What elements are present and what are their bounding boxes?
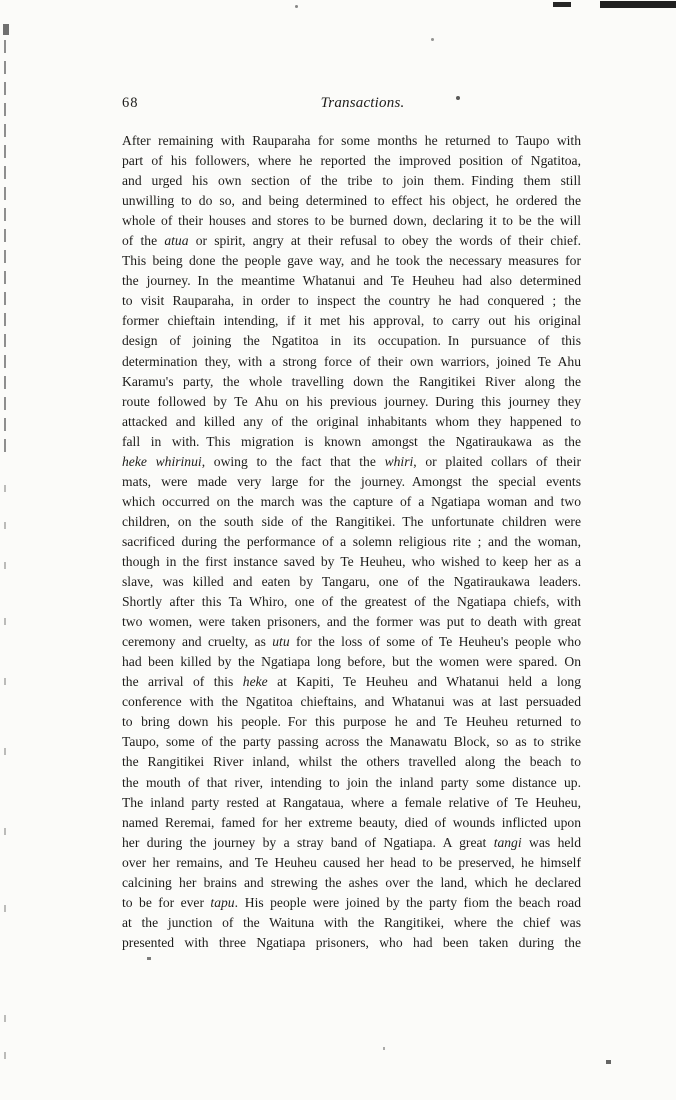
text-line: heke whirinui, owing to the fact that th… [122,452,581,472]
text-line: two women, were taken prisoners, and the… [122,612,581,632]
text-line: mats, were made very large for the journ… [122,472,581,492]
scan-gutter-tick [4,748,6,755]
text-line: children, on the south side of the Rangi… [122,512,581,532]
text-line: to be for ever tapu. His people were joi… [122,893,581,913]
text-line: Taupo, some of the party passing across … [122,732,581,752]
text-line: over her remains, and Te Heuheu caused h… [122,853,581,873]
scan-speck [456,96,460,100]
scan-gutter-line [4,40,6,460]
text-line: Shortly after this Ta Whiro, one of the … [122,592,581,612]
text-line: unwilling to do so, and being determined… [122,191,581,211]
scan-gutter-tick [4,828,6,835]
text-line: her during the journey by a stray band o… [122,833,581,853]
scan-gutter-tick [4,678,6,685]
running-title: Transactions. [122,95,581,112]
scan-speck [383,1047,385,1050]
text-line: had been killed by the Ngatiapa long bef… [122,652,581,672]
text-line: This being done the people gave way, and… [122,251,581,271]
text-line: the arrival of this heke at Kapiti, Te H… [122,672,581,692]
page-number: 68 [122,95,139,112]
text-line: to bring down his people. For this purpo… [122,712,581,732]
scan-gutter-tick [4,1052,6,1059]
scan-ink-bar-long [600,1,676,8]
text-block: After remaining with Rauparaha for some … [122,131,581,953]
text-line: at the junction of the Waituna with the … [122,913,581,933]
text-line: named Reremai, famed for her extreme bea… [122,813,581,833]
text-line: the journey. In the meantime Whatanui an… [122,271,581,291]
text-line: conference with the Ngatitoa chieftains,… [122,692,581,712]
scan-speck [295,5,298,8]
text-line: the Rangitikei River inland, whilst the … [122,752,581,772]
scan-speck [431,38,434,41]
scan-gutter-tick [4,562,6,569]
text-line: determination they, with a strong force … [122,352,581,372]
text-line: slave, was killed and eaten by Tangaru, … [122,572,581,592]
text-line: to visit Rauparaha, in order to inspect … [122,291,581,311]
text-line: design of joining the Ngatitoa in its oc… [122,331,581,351]
scanned-page: 68 Transactions. After remaining with Ra… [0,0,676,1100]
text-line: of the atua or spirit, angry at their re… [122,231,581,251]
text-line: attacked and killed any of the original … [122,412,581,432]
page-header: 68 Transactions. [122,95,581,115]
scan-gutter-tick [4,522,6,529]
text-line: ceremony and cruelty, as utu for the los… [122,632,581,652]
scan-gutter-tick [4,618,6,625]
scan-gutter-tick [4,1015,6,1022]
scan-speck [606,1060,611,1064]
text-line: calcining her brains and strewing the as… [122,873,581,893]
text-line: The inland party rested at Rangataua, wh… [122,793,581,813]
text-line: the mouth of that river, intending to jo… [122,773,581,793]
text-line: part of his followers, where he reported… [122,151,581,171]
text-line: presented with three Ngatiapa prisoners,… [122,933,581,953]
scan-speck [147,957,151,960]
text-line: fall in with. This migration is known am… [122,432,581,452]
text-line: sacrificed during the performance of a s… [122,532,581,552]
text-line: and urged his own section of the tribe t… [122,171,581,191]
text-line: former chieftain intending, if it met hi… [122,311,581,331]
scan-ink-bar-small [553,2,571,7]
scan-gutter-tick [4,485,6,492]
text-line: route followed by Te Ahu on his previous… [122,392,581,412]
text-line: Karamu's party, the whole travelling dow… [122,372,581,392]
scan-gutter-tick [4,905,6,912]
text-line: After remaining with Rauparaha for some … [122,131,581,151]
scan-gutter-mark [3,24,9,35]
text-line: though in the first instance saved by Te… [122,552,581,572]
text-line: whole of their houses and stores to be b… [122,211,581,231]
text-line: which occurred on the march was the capt… [122,492,581,512]
